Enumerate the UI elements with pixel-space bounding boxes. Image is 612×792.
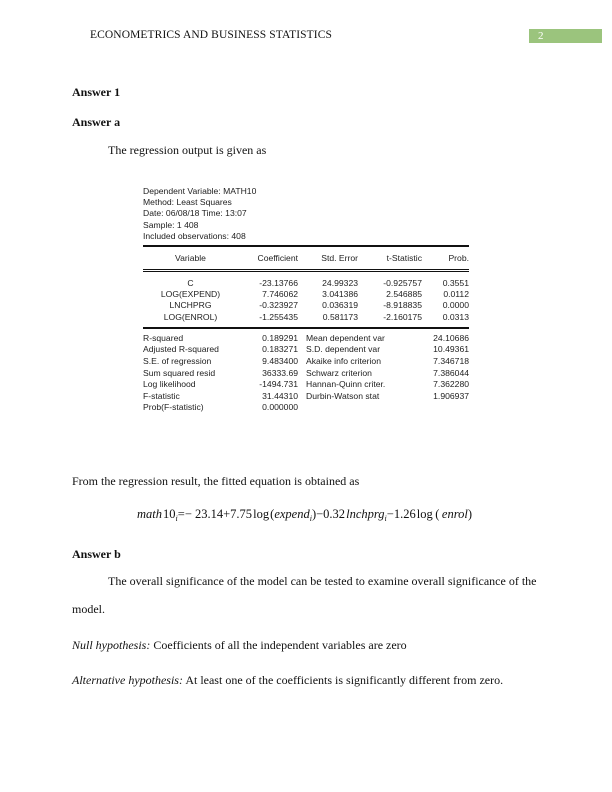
stats-cell: F-statistic (143, 391, 238, 403)
table-cell: 0.036319 (298, 300, 358, 311)
para-line-1: The overall significance of the model ca… (108, 574, 537, 589)
alt-label: Alternative hypothesis: (72, 673, 183, 687)
stats-row: Log likelihood-1494.731Hannan-Quinn crit… (143, 379, 469, 391)
stats-cell (298, 333, 306, 345)
stats-cell: -1494.731 (238, 379, 298, 391)
header-title: ECONOMETRICS AND BUSINESS STATISTICS (90, 29, 332, 41)
stats-cell (298, 402, 306, 414)
stats-cell: Mean dependent var (306, 333, 416, 345)
table-cell: 7.746062 (238, 289, 298, 300)
table-row: C-23.1376624.99323-0.9257570.3551 (143, 278, 469, 289)
coef-table-header: Variable Coefficient Std. Error t-Statis… (143, 247, 469, 269)
alt-text: At least one of the coefficients is sign… (183, 673, 503, 687)
stats-cell: Log likelihood (143, 379, 238, 391)
stats-cell: Durbin-Watson stat (306, 391, 416, 403)
stats-cell: R-squared (143, 333, 238, 345)
stats-cell: Prob(F-statistic) (143, 402, 238, 414)
table-cell: 0.0112 (422, 289, 469, 300)
stats-cell: 0.000000 (238, 402, 298, 414)
rule (143, 327, 469, 329)
fitted-intro: From the regression result, the fitted e… (72, 474, 359, 489)
stats-row: R-squared0.189291Mean dependent var24.10… (143, 333, 469, 345)
stats-cell: 24.10686 (416, 333, 469, 345)
meta-line: Date: 06/08/18 Time: 13:07 (143, 208, 469, 219)
table-cell: 3.041386 (298, 289, 358, 300)
stats-cell: 7.346718 (416, 356, 469, 368)
table-cell: 2.546885 (358, 289, 422, 300)
heading-answer-a: Answer a (72, 115, 120, 130)
meta-line: Included observations: 408 (143, 231, 469, 242)
table-row: LOG(ENROL)-1.2554350.581173-2.1601750.03… (143, 312, 469, 323)
stats-cell (298, 379, 306, 391)
table-cell: 0.0313 (422, 312, 469, 323)
table-cell: LOG(ENROL) (143, 312, 238, 323)
stats-cell: S.E. of regression (143, 356, 238, 368)
table-row: LOG(EXPEND)7.7460623.0413862.5468850.011… (143, 289, 469, 300)
col-prob: Prob. (422, 247, 469, 269)
stats-cell (298, 391, 306, 403)
stats-cell: Hannan-Quinn criter. (306, 379, 416, 391)
meta-line: Method: Least Squares (143, 197, 469, 208)
meta-line: Dependent Variable: MATH10 (143, 186, 469, 197)
table-cell: -1.255435 (238, 312, 298, 323)
stats-row: Sum squared resid36333.69Schwarz criteri… (143, 368, 469, 380)
stats-cell: Sum squared resid (143, 368, 238, 380)
regression-meta: Dependent Variable: MATH10Method: Least … (143, 186, 469, 242)
stats-table: R-squared0.189291Mean dependent var24.10… (143, 333, 469, 414)
table-row: LNCHPRG-0.3239270.036319-8.9188350.0000 (143, 300, 469, 311)
stats-cell: Akaike info criterion (306, 356, 416, 368)
stats-cell: 7.386044 (416, 368, 469, 380)
stats-cell: 36333.69 (238, 368, 298, 380)
alternative-hypothesis: Alternative hypothesis: At least one of … (72, 673, 503, 688)
null-text: Coefficients of all the independent vari… (150, 638, 406, 652)
heading-answer-1: Answer 1 (72, 85, 120, 100)
table-cell: C (143, 278, 238, 289)
table-cell: 0.581173 (298, 312, 358, 323)
null-hypothesis: Null hypothesis: Coefficients of all the… (72, 638, 407, 653)
stats-row: Adjusted R-squared0.183271S.D. dependent… (143, 344, 469, 356)
stats-cell (416, 402, 469, 414)
intro-text: The regression output is given as (108, 143, 266, 158)
stats-cell (298, 344, 306, 356)
table-cell: -0.323927 (238, 300, 298, 311)
table-cell: -2.160175 (358, 312, 422, 323)
regression-output: Dependent Variable: MATH10Method: Least … (143, 186, 469, 414)
table-cell: -0.925757 (358, 278, 422, 289)
stats-row: F-statistic31.44310Durbin-Watson stat1.9… (143, 391, 469, 403)
table-cell: -23.13766 (238, 278, 298, 289)
stats-cell: 0.189291 (238, 333, 298, 345)
stats-cell (306, 402, 416, 414)
page-number: 2 (529, 29, 602, 43)
col-coefficient: Coefficient (238, 247, 298, 269)
rule (143, 269, 469, 272)
coef-table: C-23.1376624.99323-0.9257570.3551LOG(EXP… (143, 278, 469, 323)
stats-cell (298, 356, 306, 368)
stats-cell: Adjusted R-squared (143, 344, 238, 356)
stats-cell: 10.49361 (416, 344, 469, 356)
table-cell: -8.918835 (358, 300, 422, 311)
stats-cell: 1.906937 (416, 391, 469, 403)
stats-cell: 9.483400 (238, 356, 298, 368)
para-line-2: model. (72, 602, 105, 617)
fitted-equation: math 10i=− 23.14+7.75 log (expendi)−0.32… (137, 507, 472, 523)
stats-cell: 0.183271 (238, 344, 298, 356)
stats-cell: Schwarz criterion (306, 368, 416, 380)
stats-cell (298, 368, 306, 380)
table-cell: 24.99323 (298, 278, 358, 289)
meta-line: Sample: 1 408 (143, 220, 469, 231)
heading-answer-b: Answer b (72, 547, 121, 562)
stats-cell: 31.44310 (238, 391, 298, 403)
col-t-statistic: t-Statistic (358, 247, 422, 269)
col-variable: Variable (143, 247, 238, 269)
table-cell: LOG(EXPEND) (143, 289, 238, 300)
null-label: Null hypothesis: (72, 638, 150, 652)
table-cell: 0.0000 (422, 300, 469, 311)
stats-row: S.E. of regression9.483400Akaike info cr… (143, 356, 469, 368)
table-cell: 0.3551 (422, 278, 469, 289)
stats-cell: 7.362280 (416, 379, 469, 391)
col-std-error: Std. Error (298, 247, 358, 269)
table-cell: LNCHPRG (143, 300, 238, 311)
stats-cell: S.D. dependent var (306, 344, 416, 356)
stats-row: Prob(F-statistic)0.000000 (143, 402, 469, 414)
